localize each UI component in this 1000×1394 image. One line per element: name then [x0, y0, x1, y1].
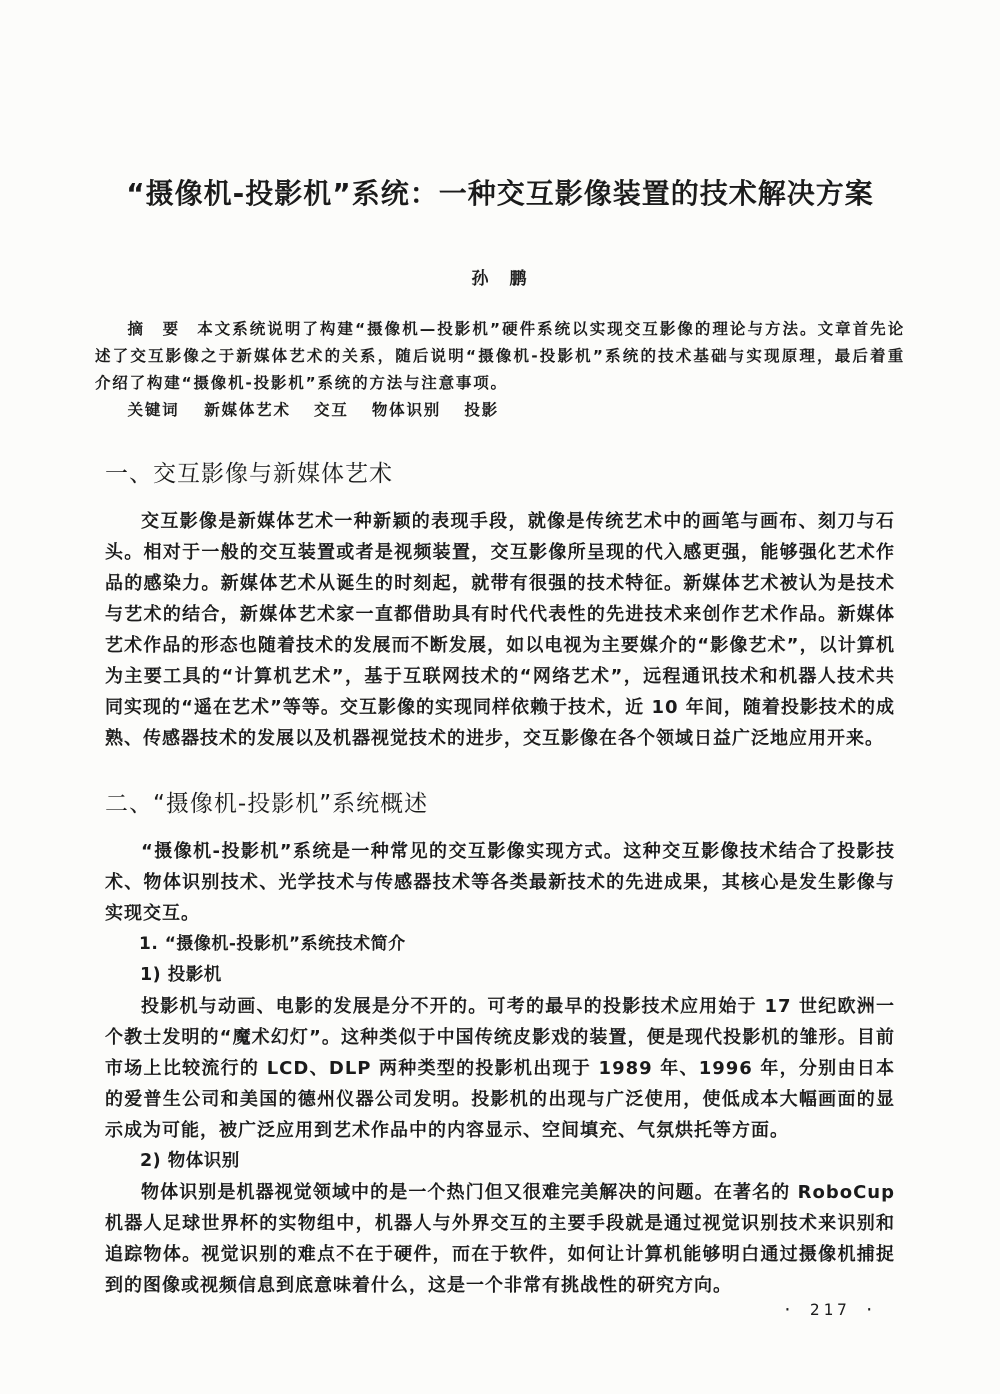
item-paragraph-object-recognition: 物体识别是机器视觉领域中的是一个热门但又很难完美解决的问题。在著名的 RoboC…	[105, 1177, 895, 1301]
keyword: 交互	[314, 401, 349, 419]
section-2-paragraph: “摄像机-投影机”系统是一种常见的交互影像实现方式。这种交互影像技术结合了投影技…	[105, 836, 895, 929]
abstract-label: 摘 要	[128, 320, 181, 338]
abstract-block: 摘 要本文系统说明了构建“摄像机—投影机”硬件系统以实现交互影像的理论与方法。文…	[95, 316, 905, 424]
section-1-paragraph: 交互影像是新媒体艺术一种新颖的表现手段，就像是传统艺术中的画笔与画布、刻刀与石头…	[105, 506, 895, 754]
item-paragraph-projector: 投影机与动画、电影的发展是分不开的。可考的最早的投影技术应用始于 17 世纪欧洲…	[105, 991, 895, 1146]
subsection-heading-1: 1. “摄像机-投影机”系统技术简介	[105, 929, 895, 960]
page-title: “摄像机-投影机”系统：一种交互影像装置的技术解决方案	[90, 176, 910, 212]
section-heading-2: 二、“摄像机-投影机”系统概述	[105, 786, 895, 822]
abstract-text: 本文系统说明了构建“摄像机—投影机”硬件系统以实现交互影像的理论与方法。文章首先…	[95, 320, 905, 392]
paper-page: “摄像机-投影机”系统：一种交互影像装置的技术解决方案 孙 鹏 摘 要本文系统说…	[0, 0, 1000, 1394]
page-number: · 217 ·	[783, 1300, 878, 1319]
item-heading-object-recognition: 2) 物体识别	[105, 1146, 895, 1177]
keyword: 新媒体艺术	[204, 401, 291, 419]
article-body: 一、交互影像与新媒体艺术 交互影像是新媒体艺术一种新颖的表现手段，就像是传统艺术…	[105, 456, 895, 1301]
keyword: 投影	[464, 401, 499, 419]
section-heading-1: 一、交互影像与新媒体艺术	[105, 456, 895, 492]
keywords-line: 关键词新媒体艺术交互物体识别投影	[95, 397, 905, 424]
keywords-label: 关键词	[128, 401, 180, 419]
abstract-paragraph: 摘 要本文系统说明了构建“摄像机—投影机”硬件系统以实现交互影像的理论与方法。文…	[95, 316, 905, 397]
author-name: 孙 鹏	[0, 268, 1000, 290]
keyword: 物体识别	[372, 401, 441, 419]
item-heading-projector: 1) 投影机	[105, 960, 895, 991]
